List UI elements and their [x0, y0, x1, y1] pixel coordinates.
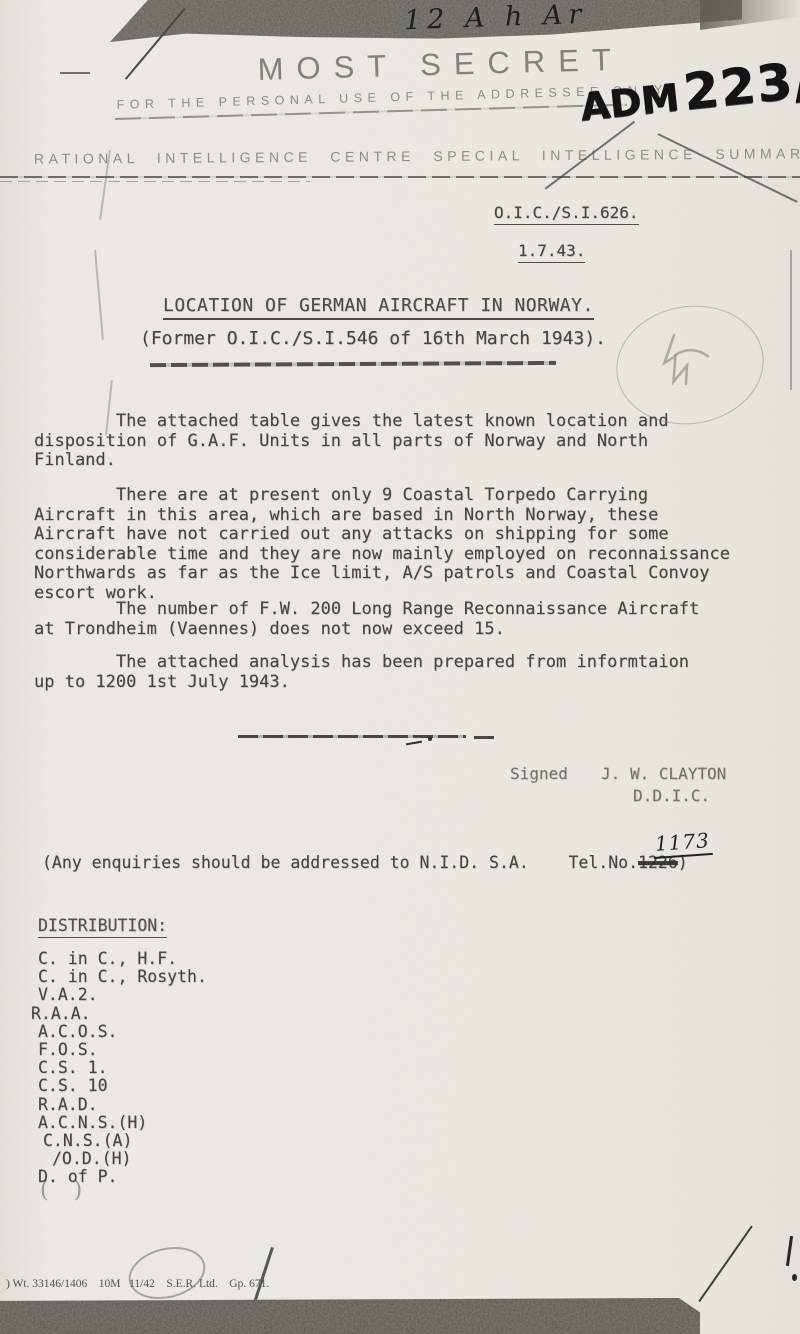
scan-scratch: [94, 250, 103, 340]
signed-role: D.D.I.C.: [633, 786, 710, 805]
distribution-item: A.C.O.S.: [38, 1023, 207, 1041]
document-page: 12 A h Ar MOST SECRET FOR THE PERSONAL U…: [0, 0, 800, 1334]
archive-ref-number: 223/: [681, 50, 800, 121]
footer-ink-dot: [792, 1274, 797, 1281]
body-paragraph: The number of F.W. 200 Long Range Reconn…: [34, 600, 780, 639]
footer-ink-mark: [786, 1236, 793, 1266]
summary-banner: RATIONAL INTELLIGENCE CENTRE SPECIAL INT…: [34, 145, 800, 166]
body-paragraph: The attached table gives the latest know…: [34, 412, 780, 471]
footer-ink-slash: [253, 1247, 274, 1303]
footer-stamp-smudge: [123, 1239, 211, 1306]
distribution-item: C.S. 1.: [38, 1059, 207, 1077]
scan-bottom-diagonal: [698, 1225, 752, 1302]
banner-underline: [0, 176, 800, 178]
reference-serial: O.I.C./S.I.626.: [494, 203, 639, 225]
distribution-item: C.N.S.(A): [43, 1132, 207, 1150]
scan-edge-line: [790, 250, 792, 390]
enquiries-text: (Any enquiries should be addressed to N.…: [42, 853, 638, 872]
title-rule: [150, 361, 556, 367]
distribution-list: C. in C., H.F. C. in C., Rosyth. V.A.2. …: [38, 950, 207, 1187]
distribution-item: C. in C., Rosyth.: [38, 968, 207, 986]
distribution-item: F.O.S.: [38, 1041, 207, 1059]
distribution-item: C.S. 10: [38, 1077, 207, 1095]
scan-bottom-edge-band: [0, 1298, 700, 1334]
distribution-item: A.C.N.S.(H): [38, 1114, 207, 1132]
document-subtitle: (Former O.I.C./S.I.546 of 16th March 194…: [140, 328, 606, 349]
signed-name: J. W. CLAYTON: [601, 764, 726, 783]
enquiries-line: (Any enquiries should be addressed to N.…: [42, 853, 688, 872]
pencil-mark-dot: [428, 737, 432, 741]
distribution-item: V.A.2.: [38, 986, 207, 1004]
distribution-item: R.A.D.: [38, 1096, 207, 1114]
distribution-heading: DISTRIBUTION:: [38, 916, 167, 938]
body-paragraph: There are at present only 9 Coastal Torp…: [34, 486, 780, 603]
signed-label: Signed: [510, 764, 568, 783]
scan-top-edge-fade: [700, 0, 800, 30]
archive-ref-adm: ADM: [578, 75, 681, 129]
distribution-item: R.A.A.: [31, 1005, 207, 1023]
distribution-item: /O.D.(H): [52, 1150, 207, 1168]
signature-rule-dash: [474, 736, 494, 739]
classification-stamp: MOST SECRET: [257, 42, 624, 88]
pencil-paren-mark: ( ): [40, 1178, 91, 1203]
document-title: LOCATION OF GERMAN AIRCRAFT IN NORWAY.: [163, 295, 594, 320]
handwritten-phone-number: 1173: [652, 828, 713, 859]
banner-underline-secondary: [0, 181, 310, 182]
body-paragraph: The attached analysis has been prepared …: [34, 653, 780, 692]
reference-date: 1.7.43.: [518, 241, 585, 263]
handwritten-annotation-top: 12 A h Ar: [404, 0, 588, 36]
pencil-mark: [406, 741, 422, 746]
distribution-item: C. in C., H.F.: [38, 950, 207, 968]
pencil-line: [658, 133, 798, 202]
